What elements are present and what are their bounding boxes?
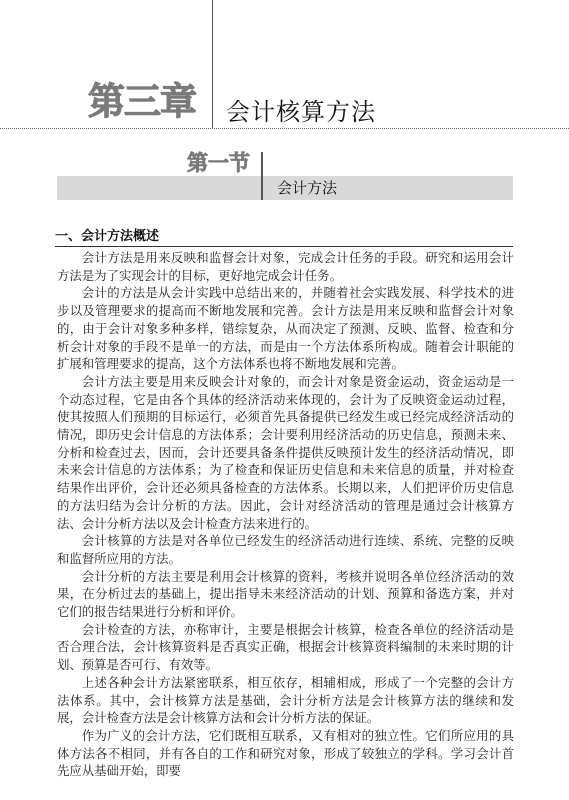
body-text: 会计方法是用来反映和监督会计对象，完成会计任务的手段。研究和运用会计方法是为了实… <box>57 249 514 780</box>
section-title: 会计方法 <box>277 178 337 198</box>
heading-underline <box>55 246 513 247</box>
paragraph: 上述各种会计方法紧密联系，相互依存，相辅相成，形成了一个完整的会计方法体系。其中… <box>57 674 514 727</box>
subsection-heading: 一、会计方法概述 <box>55 228 159 245</box>
chapter-title: 会计核算方法 <box>226 97 376 127</box>
section-number: 第一节 <box>150 150 250 176</box>
paragraph: 会计检查的方法，亦称审计，主要是根据会计核算，检查各单位的经济活动是否合理合法，… <box>57 621 514 674</box>
paragraph: 会计方法是用来反映和监督会计对象，完成会计任务的手段。研究和运用会计方法是为了实… <box>57 249 514 284</box>
paragraph: 会计方法主要是用来反映会计对象的，而会计对象是资金运动，资金运动是一个动态过程，… <box>57 373 514 532</box>
paragraph: 作为广义的会计方法，它们既相互联系，又有相对的独立性。它们所应用的具体方法各不相… <box>57 727 514 780</box>
chapter-divider-line <box>212 0 213 129</box>
paragraph: 会计核算的方法是对各单位已经发生的经济活动进行连续、系统、完整的反映和监督所应用… <box>57 532 514 567</box>
paragraph: 会计分析的方法主要是利用会计核算的资料，考核并说明各单位经济活动的效果，在分析过… <box>57 568 514 621</box>
chapter-number: 第三章 <box>74 80 196 124</box>
section-divider-line <box>261 152 263 200</box>
chapter-dotted-rule <box>0 128 569 129</box>
paragraph: 会计的方法是从会计实践中总结出来的，并随着社会实践发展、科学技术的进步以及管理要… <box>57 284 514 373</box>
